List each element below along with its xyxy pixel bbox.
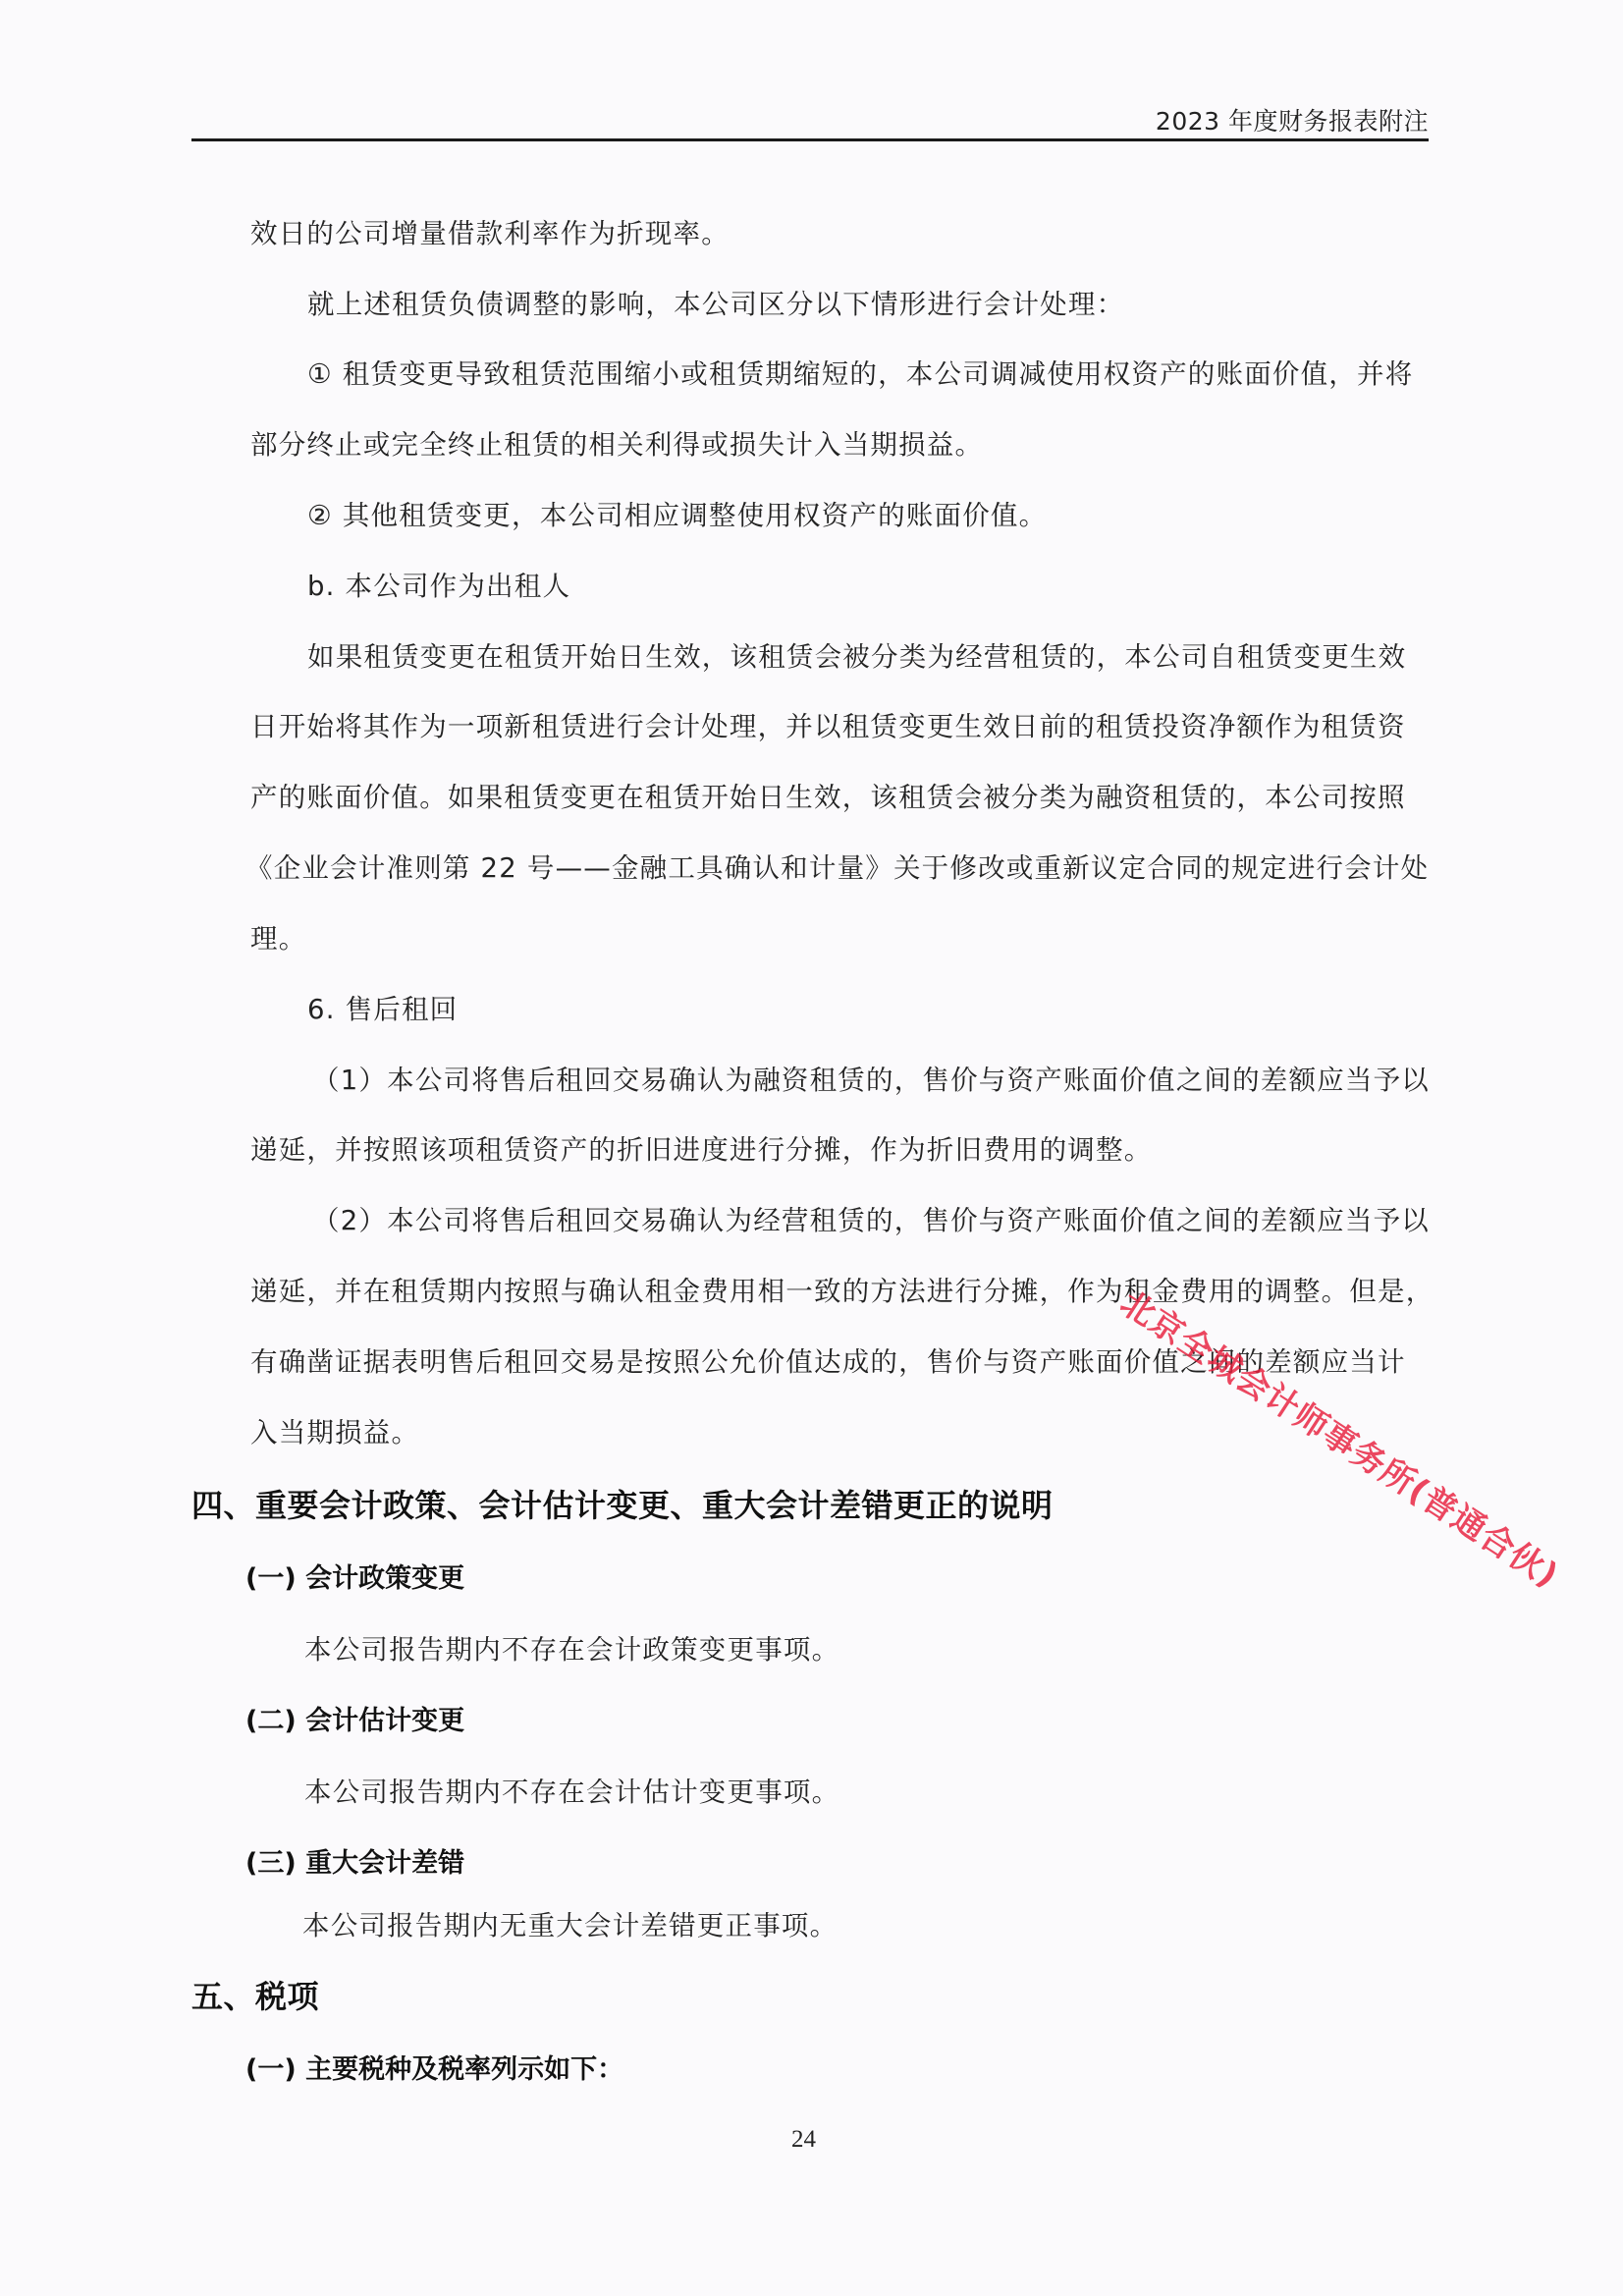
body-line: （1）本公司将售后租回交易确认为融资租赁的，售价与资产账面价值之间的差额应当予以 (312, 1058, 1430, 1097)
body-line: 递延，并按照该项租赁资产的折旧进度进行分摊，作为折旧费用的调整。 (250, 1127, 1152, 1167)
body-line: 递延，并在租赁期内按照与确认租金费用相一致的方法进行分摊，作为租金费用的调整。但… (250, 1269, 1434, 1308)
body-line: 日开始将其作为一项新租赁进行会计处理，并以租赁变更生效日前的租赁投资净额作为租赁… (250, 704, 1406, 743)
auditor-stamp: 北京全城会计师事务所(普通合伙) (1112, 1277, 1569, 1597)
body-line: 就上述租赁负债调整的影响，本公司区分以下情形进行会计处理： (307, 282, 1124, 321)
subsection-label: 6. 售后租回 (307, 987, 458, 1026)
page-number: 24 (791, 2126, 816, 2154)
section-4-sub2-title: (二) 会计估计变更 (245, 1699, 464, 1737)
body-line: 如果租赁变更在租赁开始日生效，该租赁会被分类为经营租赁的，本公司自租赁变更生效 (307, 634, 1406, 674)
body-line: ② 其他租赁变更，本公司相应调整使用权资产的账面价值。 (307, 493, 1047, 532)
body-line: 理。 (250, 916, 306, 956)
section-4-sub2-text: 本公司报告期内不存在会计估计变更事项。 (304, 1770, 839, 1809)
page-header-title: 2023 年度财务报表附注 (1156, 102, 1429, 137)
body-line: 产的账面价值。如果租赁变更在租赁开始日生效，该租赁会被分类为融资租赁的，本公司按… (250, 775, 1406, 814)
section-4-sub1-title: (一) 会计政策变更 (245, 1557, 464, 1595)
body-line: ① 租赁变更导致租赁范围缩小或租赁期缩短的，本公司调减使用权资产的账面价值，并将 (307, 352, 1413, 391)
section-5-title: 五、税项 (191, 1972, 319, 2017)
body-line: 效日的公司增量借款利率作为折现率。 (250, 211, 730, 250)
header-rule (191, 138, 1429, 141)
body-line: 入当期损益。 (250, 1410, 419, 1449)
subsection-label: b. 本公司作为出租人 (307, 564, 570, 603)
section-4-sub3-title: (三) 重大会计差错 (245, 1841, 464, 1880)
section-5-sub1-title: (一) 主要税种及税率列示如下： (245, 2048, 623, 2086)
section-4-sub1-text: 本公司报告期内不存在会计政策变更事项。 (304, 1627, 839, 1667)
section-4-sub3-text: 本公司报告期内无重大会计差错更正事项。 (302, 1903, 838, 1942)
body-line: （2）本公司将售后租回交易确认为经营租赁的，售价与资产账面价值之间的差额应当予以 (312, 1198, 1430, 1237)
section-4-title: 四、重要会计政策、会计估计变更、重大会计差错更正的说明 (191, 1481, 1054, 1526)
body-line: 部分终止或完全终止租赁的相关利得或损失计入当期损益。 (250, 422, 983, 462)
body-line: 《企业会计准则第 22 号——金融工具确认和计量》关于修改或重新议定合同的规定进… (245, 846, 1429, 885)
